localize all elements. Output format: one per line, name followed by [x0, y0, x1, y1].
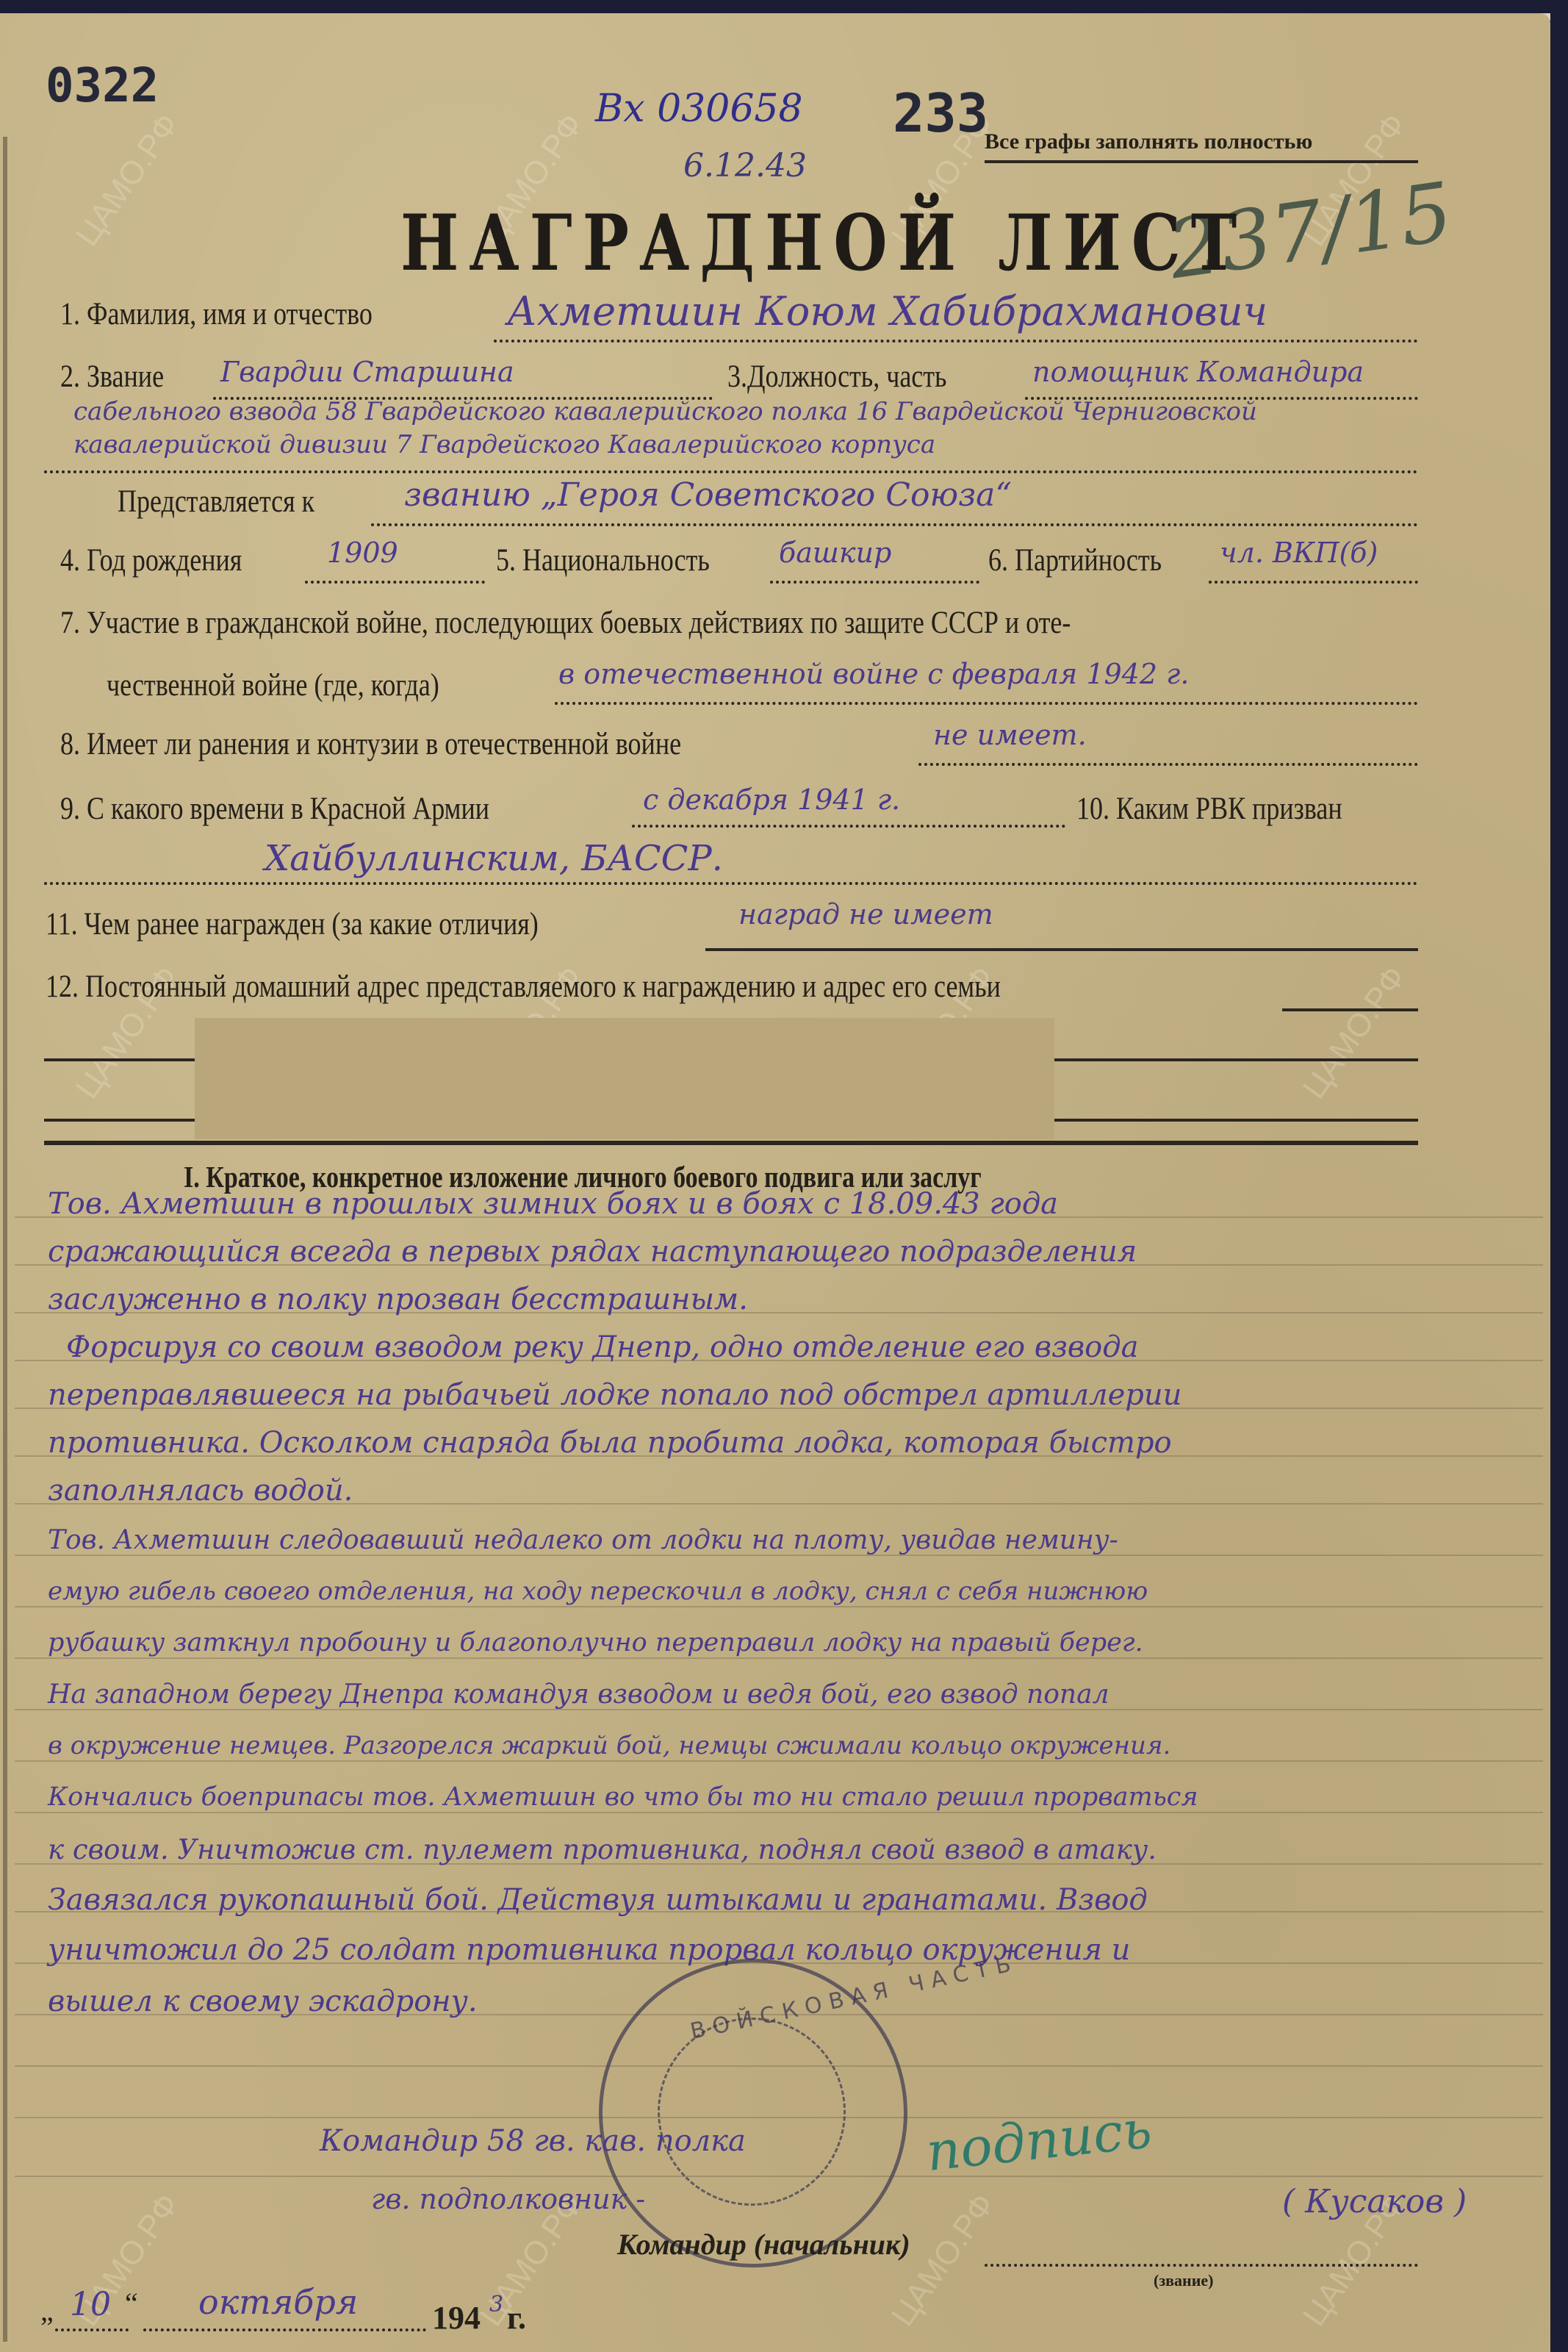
- date-quote-close: “: [125, 2286, 138, 2320]
- field-3-value-1[interactable]: помощник Командира: [1032, 356, 1364, 388]
- field-11-label: 11. Чем ранее награжден (за какие отличи…: [46, 906, 539, 942]
- narrative-line: Тов. Ахметшин следовавший недалеко от ло…: [48, 1525, 1118, 1555]
- narrative-line: На западном берегу Днепра командуя взвод…: [48, 1679, 1110, 1710]
- signer-position-1: Командир 58 гв. кав. полка: [320, 2124, 746, 2158]
- field-8-value[interactable]: не имеет.: [933, 719, 1087, 751]
- field-3-value-2[interactable]: сабельного взвода 58 Гвардейского кавале…: [73, 397, 1257, 426]
- field-5-line: [770, 581, 979, 584]
- signer-name: ( Кусаков ): [1282, 2183, 1467, 2220]
- narrative-line: вышел к своему эскадрону.: [48, 1984, 478, 2018]
- narrative-line: Форсируя со своим взводом реку Днепр, од…: [66, 1330, 1138, 1364]
- left-margin-rule: [3, 137, 7, 2342]
- address-line-1b: [1054, 1058, 1418, 1061]
- date-month-line: [143, 2328, 426, 2331]
- narrative-line: Завязался рукопашный бой. Действуя штыка…: [48, 1883, 1148, 1917]
- incoming-number: Вх 030658: [595, 87, 803, 131]
- date-day-line: [55, 2328, 129, 2331]
- field-12-label: 12. Постоянный домашний адрес представля…: [46, 968, 1001, 1005]
- field-8-label: 8. Имеет ли ранения и контузии в отечест…: [60, 725, 681, 762]
- commander-line: [985, 2264, 1418, 2267]
- field-6-label: 6. Партийность: [988, 542, 1162, 578]
- field-10-line: [44, 882, 1418, 885]
- field-3-label: 3.Должность, часть: [727, 358, 946, 395]
- date-year-letter: г.: [507, 2299, 526, 2337]
- archive-number: 0322: [46, 59, 159, 113]
- field-7-label-2: чественной войне (где, когда): [107, 667, 439, 703]
- field-10-value[interactable]: Хайбуллинским, БАССР.: [265, 838, 723, 879]
- presented-line: [371, 523, 1418, 526]
- narrative-line: Кончались боеприпасы тов. Ахметшин во чт…: [48, 1782, 1198, 1812]
- page-title: НАГРАДНОЙ ЛИСТ: [400, 197, 1247, 288]
- narrative-line: в окружение немцев. Разгорелся жаркий бо…: [48, 1731, 1170, 1760]
- narrative-line: заполнялась водой.: [48, 1474, 353, 1507]
- field-4-label: 4. Год рождения: [60, 542, 242, 578]
- field-1-line: [494, 340, 1418, 343]
- redacted-address: [195, 1018, 1054, 1139]
- field-3-value-3[interactable]: кавалерийской дивизии 7 Гвардейского Кав…: [73, 430, 935, 459]
- field-8-line: [918, 763, 1418, 766]
- field-11-line: [705, 948, 1418, 951]
- field-7-label-1: 7. Участие в гражданской войне, последую…: [60, 604, 1071, 641]
- sheet-number: 233: [893, 82, 988, 144]
- field-11-value[interactable]: наград не имеет: [738, 898, 993, 931]
- narrative-line: рубашку заткнул пробоину и благополучно …: [48, 1628, 1143, 1657]
- instruction-underline: [985, 160, 1418, 163]
- field-10-label: 10. Каким РВК призван: [1076, 790, 1342, 827]
- field-4-value[interactable]: 1909: [327, 537, 398, 569]
- narrative-line: сражающийся всегда в первых рядах наступ…: [48, 1235, 1137, 1269]
- incoming-date: 6.12.43: [683, 147, 807, 184]
- field-5-label: 5. Национальность: [496, 542, 710, 578]
- commander-label: Командир (начальник): [617, 2227, 910, 2262]
- date-day[interactable]: 10: [70, 2286, 111, 2323]
- field-1-value[interactable]: Ахметшин Коюм Хабибрахманович: [507, 288, 1267, 334]
- narrative-line: заслуженно в полку прозван бесстрашным.: [48, 1283, 748, 1316]
- date-month[interactable]: октября: [198, 2282, 358, 2322]
- field-7-line: [555, 702, 1418, 705]
- field-9-value[interactable]: с декабря 1941 г.: [643, 784, 900, 816]
- field-9-line: [632, 825, 1065, 828]
- field-1-label: 1. Фамилия, имя и отчество: [60, 295, 373, 332]
- field-12-line: [1282, 1008, 1418, 1011]
- unit-stamp-inner: [658, 2018, 846, 2206]
- address-line-2a: [44, 1119, 195, 1122]
- field-5-value[interactable]: башкир: [779, 537, 891, 569]
- narrative-line: емую гибель своего отделения, на ходу пе…: [48, 1577, 1148, 1606]
- rank-caption: (звание): [1154, 2271, 1214, 2290]
- date-quote-open: „: [40, 2293, 54, 2328]
- instruction-text: Все графы заполнять полностью: [985, 129, 1312, 154]
- presented-label: Представляется к: [118, 483, 314, 520]
- field-6-value[interactable]: чл. ВКП(б): [1220, 537, 1378, 569]
- field-2-label: 2. Звание: [60, 358, 164, 395]
- field-3-line-2: [44, 470, 1418, 473]
- narrative-line: переправлявшееся на рыбачьей лодке попал…: [48, 1378, 1182, 1412]
- field-4-line: [305, 581, 485, 584]
- field-2-value[interactable]: Гвардии Старшина: [220, 356, 514, 388]
- section-divider: [44, 1141, 1418, 1145]
- address-line-1a: [44, 1058, 195, 1061]
- narrative-line: Тов. Ахметшин в прошлых зимних боях и в …: [48, 1187, 1058, 1221]
- field-7-value[interactable]: в отечественной войне с февраля 1942 г.: [558, 658, 1189, 690]
- date-year-suffix[interactable]: 3: [489, 2292, 503, 2317]
- narrative-line: к своим. Уничтожив ст. пулемет противник…: [48, 1834, 1157, 1865]
- presented-value[interactable]: званию „Героя Советского Союза“: [404, 476, 1012, 514]
- signer-position-2: гв. подполковник -: [371, 2183, 645, 2215]
- field-9-label: 9. С какого времени в Красной Армии: [60, 790, 489, 827]
- date-year-prefix: 194: [432, 2299, 481, 2337]
- address-line-2b: [1054, 1119, 1418, 1122]
- field-6-line: [1209, 581, 1418, 584]
- narrative-line: противника. Осколком снаряда была пробит…: [48, 1426, 1172, 1460]
